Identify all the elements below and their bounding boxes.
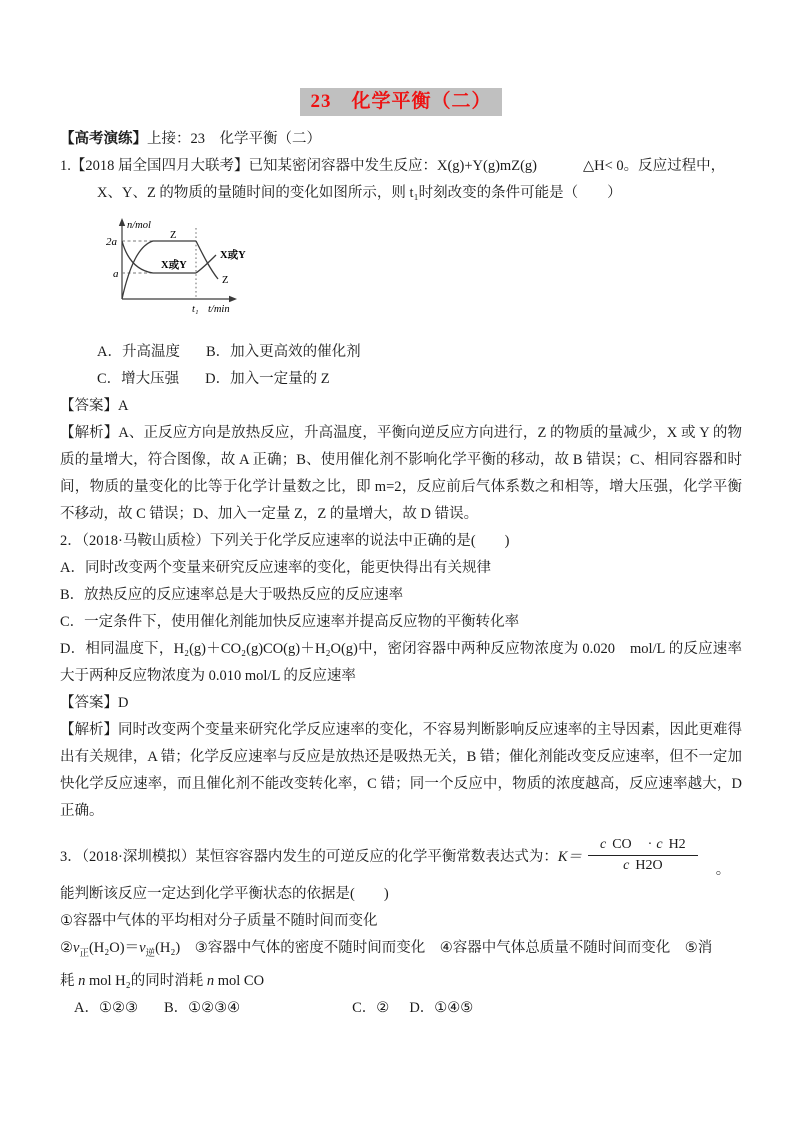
item2-rest: (H₂) ③容器中气体的密度不随时间而变化 ④容器中气体总质量不随时间而变化 ⑤… — [155, 940, 712, 956]
q1-stem-line1: 1.【2018 届全国四月大联考】已知某密闭容器中发生反应：X(g)+Y(g)m… — [60, 153, 742, 180]
q3-option-b: B．①②③④ — [164, 1000, 240, 1016]
q2-option-d: D．相同温度下，H₂(g)＋CO₂(g)CO(g)＋H₂O(g)中，密闭容器中两… — [60, 636, 742, 690]
q2-option-a: A．同时改变两个变量来研究反应速率的变化，能更快得出有关规律 — [60, 555, 742, 582]
q3-stem-line2: 能判断该反应一定达到化学平衡状态的依据是( ) — [60, 881, 742, 908]
q1-option-a: A．升高温度 — [97, 344, 180, 360]
q3-stem-with-formula: 3．（2018·深圳模拟）某恒容容器内发生的可逆反应的化学平衡常数表达式为： K… — [60, 829, 742, 881]
q1-stem-line2: X、Y、Z 的物质的量随时间的变化如图所示，则 t₁时刻改变的条件可能是（ ） — [60, 180, 742, 207]
item3-prefix: 耗 — [60, 973, 78, 989]
q3-period: 。 — [716, 858, 731, 881]
curve-z-top-label: Z — [170, 230, 176, 241]
curve-z-after-t1 — [196, 241, 218, 279]
x-axis-label: t/min — [208, 304, 230, 315]
q1-analysis: 【解析】A、正反应方向是放热反应，升高温度，平衡向逆反应方向进行，Z 的物质的量… — [60, 420, 742, 528]
q3-stem-text: 3．（2018·深圳模拟）某恒容容器内发生的可逆反应的化学平衡常数表达式为： — [60, 845, 558, 866]
item2-sub-reverse: 逆 — [146, 949, 156, 959]
q2-analysis-text: 同时改变两个变量来研究化学反应速率的变化，不容易判断影响反应速率的主导因素，因此… — [60, 722, 742, 819]
y-axis-arrow-icon — [119, 218, 125, 226]
q1-options-row-1: A．升高温度B．加入更高效的催化剂 — [60, 339, 742, 366]
q2-analysis: 【解析】同时改变两个变量来研究化学反应速率的变化，不容易判断影响反应速率的主导因… — [60, 717, 742, 825]
q1-chart: n/mol 2a a Z X或Y X或Y Z t₁ t/min — [100, 211, 742, 331]
q1-analysis-tag: 【解析】 — [60, 425, 118, 441]
q3-option-a: A．①②③ — [74, 1000, 138, 1016]
section-header-text: 上接：23 化学平衡（二） — [147, 131, 321, 147]
q1-delta-h: △H< 0。反应过程中， — [583, 158, 725, 174]
q3-item-3: 耗 n mol H₂的同时消耗 n mol CO — [60, 968, 742, 995]
q1-option-b: B．加入更高效的催化剂 — [206, 344, 361, 360]
curve-xy-mid-label: X或Y — [161, 258, 187, 271]
tick-a: a — [113, 268, 119, 280]
item2-sub-forward: 正 — [79, 949, 89, 959]
q2-stem: 2．（2018·马鞍山质检）下列关于化学反应速率的说法中正确的是( ) — [60, 528, 742, 555]
title-row: 23 化学平衡（二） — [60, 88, 742, 116]
q1-option-d: D．加入一定量的 Z — [205, 371, 329, 387]
q1-answer-value: A — [118, 398, 128, 414]
item3-n2: n — [207, 973, 214, 989]
item3-mid: mol H₂的同时消耗 — [85, 973, 206, 989]
section-header: 【高考演练】上接：23 化学平衡（二） — [60, 126, 742, 153]
curve-xy-right-label: X或Y — [220, 248, 246, 261]
q1-analysis-text: A、正反应方向是放热反应，升高温度，平衡向逆反应方向进行，Z 的物质的量减少，X… — [60, 425, 742, 522]
q1-answer-tag: 【答案】 — [60, 398, 118, 414]
q3-options-row: A．①②③B．①②③④C．②D．①④⑤ — [60, 995, 742, 1022]
dot-operator: · — [648, 837, 653, 853]
q2-option-b: B．放热反应的反应速率总是大于吸热反应的反应速率 — [60, 582, 742, 609]
item2-mid: (H₂O)＝ — [89, 940, 139, 956]
q1-answer-line: 【答案】A — [60, 393, 742, 420]
den-h2o: H2O — [635, 858, 662, 874]
num-c2: c — [656, 837, 662, 853]
q2-option-c: C．一定条件下，使用催化剂能加快反应速率并提高反应物的平衡转化率 — [60, 609, 742, 636]
q1-options-row-2: C．增大压强D．加入一定量的 Z — [60, 366, 742, 393]
page-title: 23 化学平衡（二） — [300, 88, 501, 116]
q3-option-c: C．② — [352, 1000, 389, 1016]
tick-2a: 2a — [106, 236, 118, 248]
num-h2: H2 — [669, 837, 686, 853]
fraction-numerator: cCO·cH2 — [588, 837, 698, 856]
curve-xy-after-t1 — [196, 255, 216, 273]
y-axis-label: n/mol — [127, 220, 151, 231]
q3-item-2: ②v正(H₂O)＝v逆(H₂) ③容器中气体的密度不随时间而变化 ④容器中气体总… — [60, 935, 742, 968]
q2-analysis-tag: 【解析】 — [60, 722, 118, 738]
q2-answer-line: 【答案】D — [60, 690, 742, 717]
curve-z-right-label: Z — [222, 275, 228, 286]
item2-circle2: ② — [60, 940, 73, 956]
q3-item-1: ①容器中气体的平均相对分子质量不随时间而变化 — [60, 908, 742, 935]
q2-answer-value: D — [118, 695, 128, 711]
q1-option-c: C．增大压强 — [97, 371, 179, 387]
x-axis-arrow-icon — [229, 296, 237, 302]
den-c: c — [623, 858, 629, 874]
q1-reaction-equation: 1.【2018 届全国四月大联考】已知某密闭容器中发生反应：X(g)+Y(g)m… — [60, 158, 537, 174]
q3-option-d: D．①④⑤ — [409, 1000, 473, 1016]
tick-t1: t₁ — [192, 304, 199, 315]
n-vs-time-graph: n/mol 2a a Z X或Y X或Y Z t₁ t/min — [100, 211, 270, 326]
exam-practice-tag: 【高考演练】 — [60, 131, 147, 147]
fraction-denominator: cH2O — [623, 856, 662, 874]
q2-answer-tag: 【答案】 — [60, 695, 118, 711]
equilibrium-constant-fraction: cCO·cH2 cH2O — [588, 837, 698, 874]
num-c1: c — [600, 837, 606, 853]
item3-suffix: mol CO — [214, 973, 264, 989]
num-co: CO — [612, 837, 631, 853]
document-page: 23 化学平衡（二） 【高考演练】上接：23 化学平衡（二） 1.【2018 届… — [0, 0, 800, 1132]
k-equals-label: K＝ — [558, 845, 582, 866]
